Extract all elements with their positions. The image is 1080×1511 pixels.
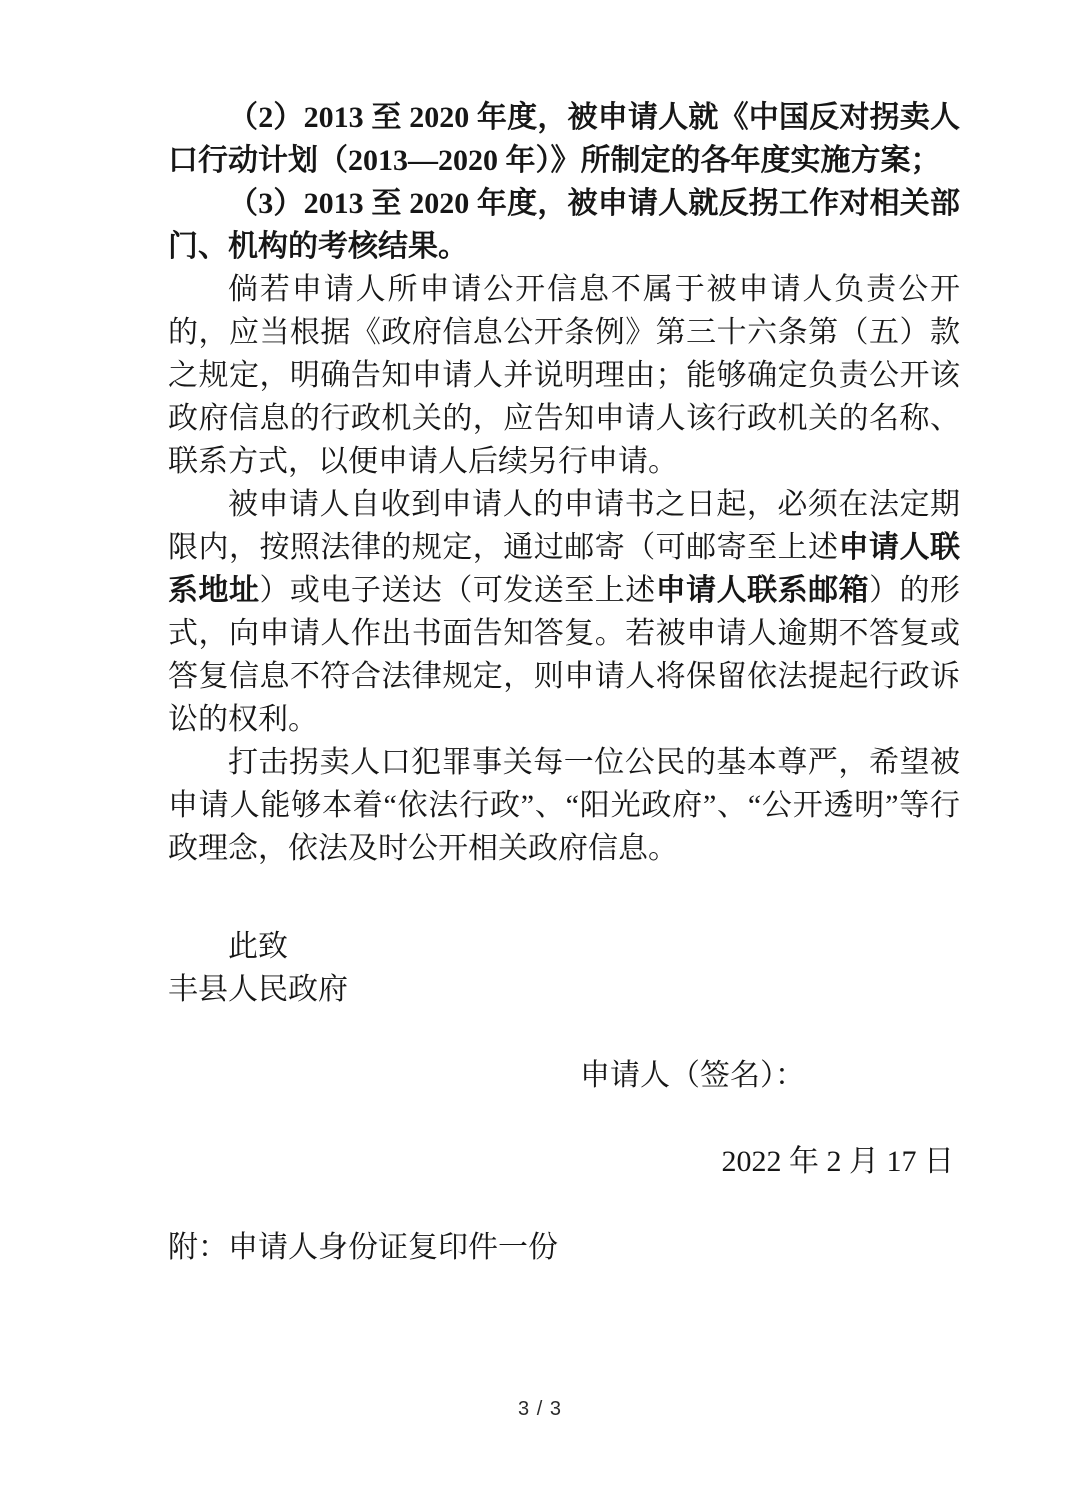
- text-run: 倘若申请人所申请公开信息不属于被申请人负责公开的，应当根据《政府信息公开条例》第…: [168, 273, 960, 478]
- bold-emphasis-run: 申请人联系邮箱: [656, 574, 869, 607]
- body-paragraph: （2）2013 至 2020 年度，被申请人就《中国反对拐卖人口行动计划（201…: [168, 96, 960, 182]
- letter-body: （2）2013 至 2020 年度，被申请人就《中国反对拐卖人口行动计划（201…: [168, 96, 960, 870]
- text-run: 打击拐卖人口犯罪事关每一位公民的基本尊严，希望被申请人能够本着“依法行政”、“阳…: [168, 746, 960, 865]
- closing-salute: 此致: [168, 925, 960, 968]
- signature-line: 申请人（签名）：: [580, 1054, 960, 1097]
- body-paragraph: 打击拐卖人口犯罪事关每一位公民的基本尊严，希望被申请人能够本着“依法行政”、“阳…: [168, 741, 960, 870]
- bold-emphasis-run: （2）2013 至 2020 年度，被申请人就《中国反对拐卖人口行动计划（201…: [168, 101, 960, 177]
- bold-emphasis-run: （3）2013 至 2020 年度，被申请人就反拐工作对相关部门、机构的考核结果…: [168, 187, 960, 263]
- closing-addressee: 丰县人民政府: [168, 968, 960, 1011]
- body-paragraph: （3）2013 至 2020 年度，被申请人就反拐工作对相关部门、机构的考核结果…: [168, 182, 960, 268]
- body-paragraph: 倘若申请人所申请公开信息不属于被申请人负责公开的，应当根据《政府信息公开条例》第…: [168, 268, 960, 483]
- document-page: （2）2013 至 2020 年度，被申请人就《中国反对拐卖人口行动计划（201…: [0, 0, 1080, 1511]
- attachment-note: 附：申请人身份证复印件一份: [168, 1226, 960, 1269]
- text-run: ）或电子送达（可发送至上述: [259, 574, 655, 607]
- body-paragraph: 被申请人自收到申请人的申请书之日起，必须在法定期限内，按照法律的规定，通过邮寄（…: [168, 483, 960, 741]
- date-line: 2022 年 2 月 17 日: [168, 1140, 954, 1183]
- page-number: 3 / 3: [0, 1398, 1080, 1421]
